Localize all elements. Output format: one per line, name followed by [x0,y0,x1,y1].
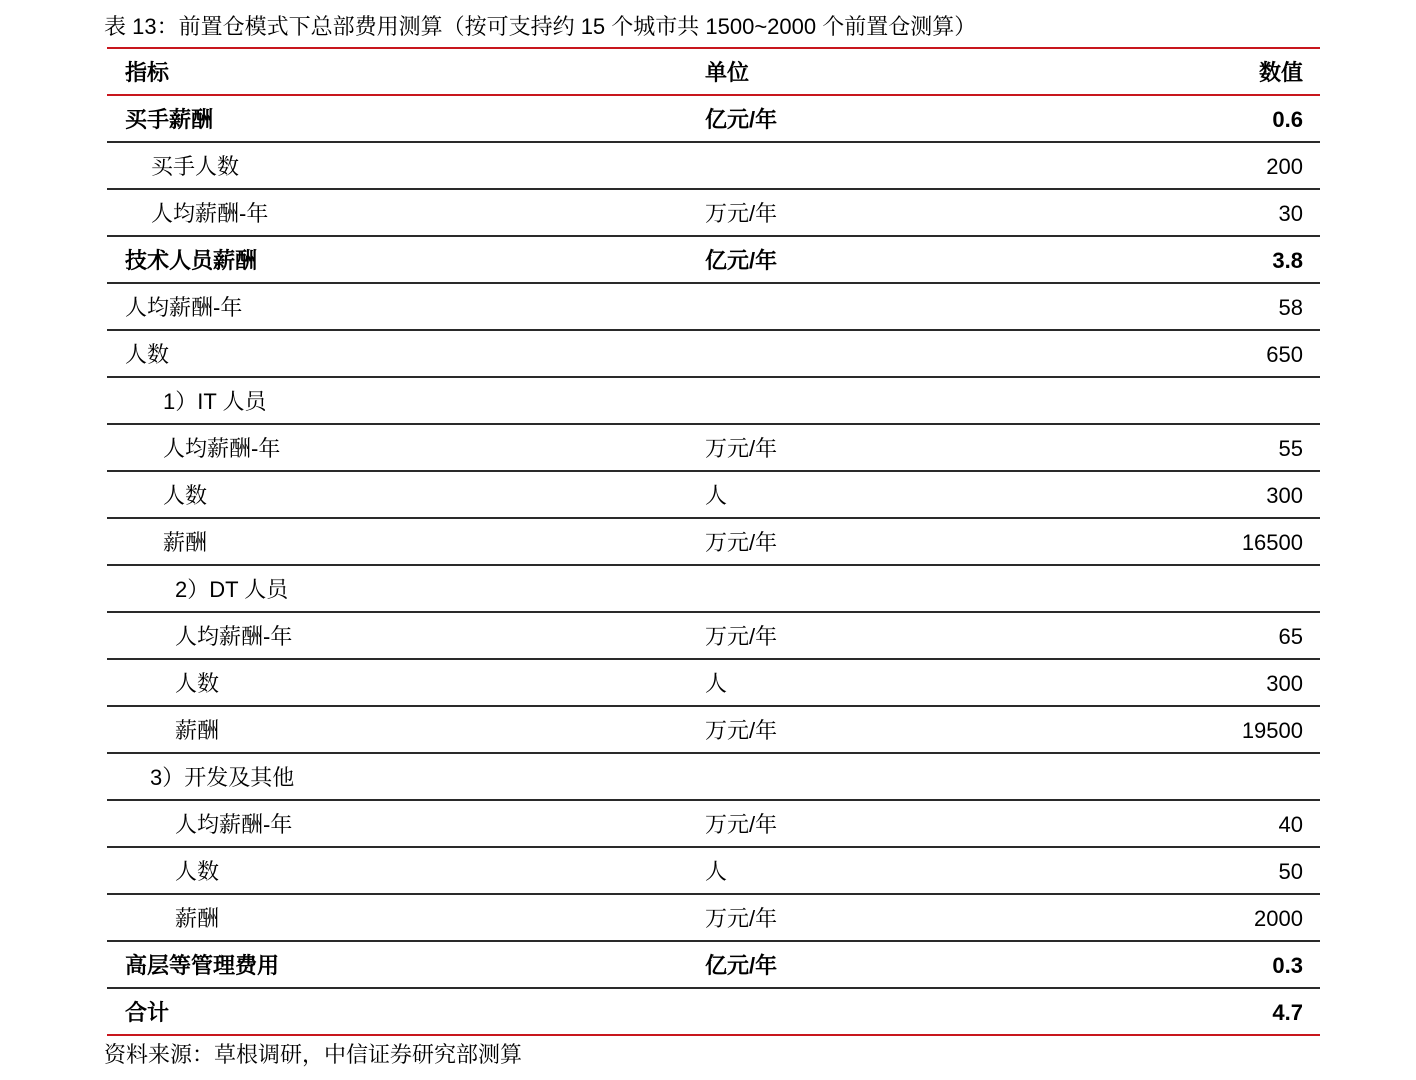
table-row: 高层等管理费用亿元/年0.3 [107,942,1320,989]
row-value: 40 [1279,801,1303,846]
table-row: 人数人50 [107,848,1320,895]
table-row: 薪酬万元/年2000 [107,895,1320,942]
table-row: 2）DT 人员 [107,566,1320,613]
table-row: 买手薪酬亿元/年0.6 [107,96,1320,143]
row-indicator: 人数 [125,331,169,376]
row-value: 50 [1279,848,1303,893]
table-row: 人均薪酬-年万元/年55 [107,425,1320,472]
header-indicator: 指标 [125,49,169,94]
row-indicator: 1）IT 人员 [163,378,267,423]
row-value: 200 [1266,143,1303,188]
row-value: 55 [1279,425,1303,470]
table-row: 合计4.7 [107,989,1320,1036]
row-unit: 万元/年 [705,707,777,752]
table-row: 买手人数200 [107,143,1320,190]
header-unit: 单位 [705,49,749,94]
row-indicator: 人数 [175,848,219,893]
row-indicator: 人均薪酬-年 [163,425,280,470]
table-row: 人数人300 [107,472,1320,519]
data-table: 指标 单位 数值 买手薪酬亿元/年0.6买手人数200人均薪酬-年万元/年30技… [107,47,1320,1036]
row-unit: 亿元/年 [705,96,777,141]
row-unit: 万元/年 [705,613,777,658]
row-value: 300 [1266,472,1303,517]
row-unit: 万元/年 [705,425,777,470]
row-unit: 万元/年 [705,519,777,564]
row-indicator: 人数 [175,660,219,705]
row-unit: 万元/年 [705,190,777,235]
table-row: 技术人员薪酬亿元/年3.8 [107,237,1320,284]
row-indicator: 高层等管理费用 [125,942,279,987]
header-value: 数值 [1259,49,1303,94]
row-indicator: 买手人数 [151,143,239,188]
row-value: 0.6 [1272,96,1303,141]
row-value: 3.8 [1272,237,1303,282]
row-indicator: 人均薪酬-年 [151,190,268,235]
row-indicator: 合计 [125,989,169,1034]
row-unit: 人 [705,472,727,517]
row-indicator: 2）DT 人员 [175,566,288,611]
row-indicator: 薪酬 [175,707,219,752]
table-row: 薪酬万元/年19500 [107,707,1320,754]
table-row: 人数650 [107,331,1320,378]
table-row: 3）开发及其他 [107,754,1320,801]
row-value: 19500 [1242,707,1303,752]
row-value: 16500 [1242,519,1303,564]
table-row: 人均薪酬-年万元/年30 [107,190,1320,237]
table-caption: 表 13：前置仓模式下总部费用测算（按可支持约 15 个城市共 1500~200… [104,12,976,42]
row-unit: 万元/年 [705,801,777,846]
row-indicator: 买手薪酬 [125,96,213,141]
row-value: 30 [1279,190,1303,235]
table-row: 人均薪酬-年万元/年65 [107,613,1320,660]
table-row: 1）IT 人员 [107,378,1320,425]
row-unit: 人 [705,848,727,893]
table-row: 人数人300 [107,660,1320,707]
row-value: 300 [1266,660,1303,705]
row-indicator: 技术人员薪酬 [125,237,257,282]
row-value: 0.3 [1272,942,1303,987]
source-note: 资料来源：草根调研，中信证券研究部测算 [104,1040,522,1070]
row-unit: 人 [705,660,727,705]
row-value: 2000 [1254,895,1303,940]
row-value: 650 [1266,331,1303,376]
row-indicator: 薪酬 [163,519,207,564]
table-row: 人均薪酬-年58 [107,284,1320,331]
row-indicator: 3）开发及其他 [150,754,294,799]
row-indicator: 人均薪酬-年 [125,284,242,329]
row-value: 65 [1279,613,1303,658]
table-row: 人均薪酬-年万元/年40 [107,801,1320,848]
row-indicator: 人均薪酬-年 [175,613,292,658]
row-value: 58 [1279,284,1303,329]
row-unit: 万元/年 [705,895,777,940]
row-unit: 亿元/年 [705,237,777,282]
row-value: 4.7 [1272,989,1303,1034]
table-row: 薪酬万元/年16500 [107,519,1320,566]
row-indicator: 薪酬 [175,895,219,940]
row-indicator: 人数 [163,472,207,517]
row-unit: 亿元/年 [705,942,777,987]
table-header-row: 指标 单位 数值 [107,47,1320,96]
row-indicator: 人均薪酬-年 [175,801,292,846]
